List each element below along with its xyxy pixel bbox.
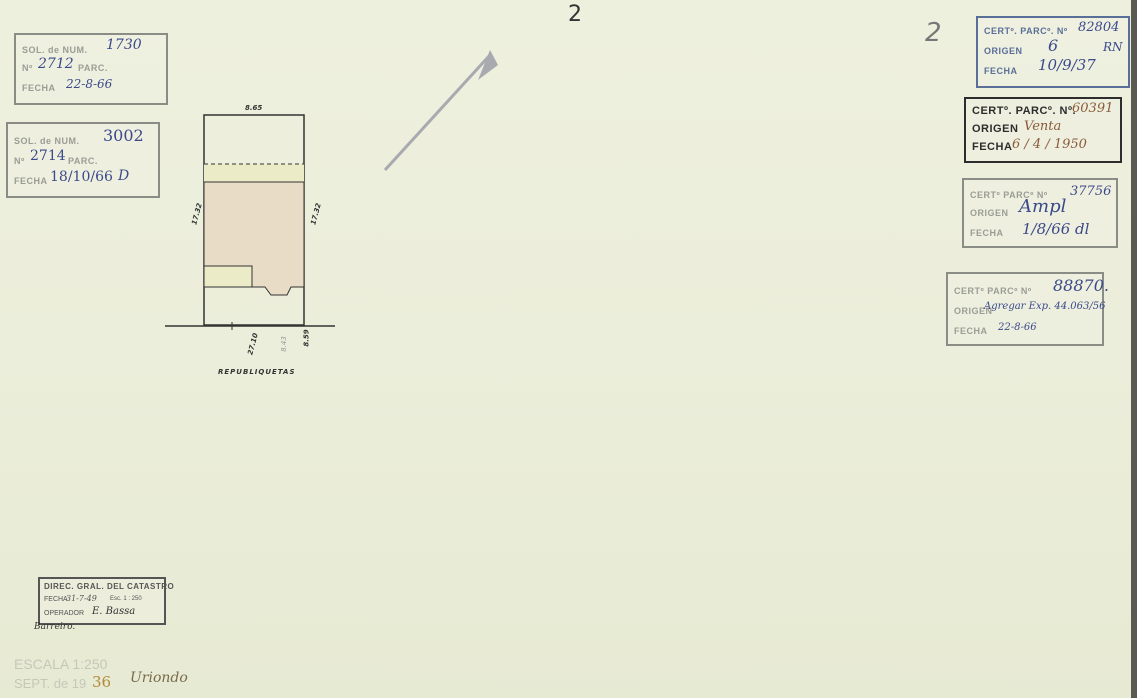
stamp-cert-parc-1: CERTº. PARCº. Nº 82804 ORIGEN 6 RN FECHA… — [976, 16, 1130, 88]
top-dimension: 8.65 — [245, 104, 262, 112]
escala-label: ESCALA 1:250 — [14, 656, 107, 672]
stamp-cert-parc-4: CERTº PARCº Nº 88870. ORIGEN Agregar Exp… — [946, 272, 1104, 346]
north-arrow-icon — [380, 45, 500, 175]
year-value: 36 — [92, 673, 111, 691]
paper-edge — [1131, 0, 1137, 698]
stamp-sol-num-1: SOL. de NUM. 1730 Nº 2712 PARC. FECHA 22… — [14, 33, 168, 105]
footer-signature: Uriondo — [130, 670, 188, 686]
stamp-catastro: DIREC. GRAL. DEL CATASTRO FECHA 31-7-49 … — [38, 577, 166, 625]
catastro-extra: Barreiro. — [34, 622, 75, 632]
sept-label: SEPT. de 19 — [14, 676, 86, 691]
front-dim-3: 8.59 — [303, 329, 311, 346]
front-dim-2: 8.43 — [280, 336, 288, 352]
street-name: REPUBLIQUETAS — [218, 368, 296, 376]
page-number-top: 2 — [568, 2, 582, 27]
stamp-sol-num-2: SOL. de NUM. 3002 Nº 2714 PARC. FECHA 18… — [6, 122, 160, 198]
stamp-cert-parc-2: CERTº. PARCº. Nº. 60391 ORIGEN Venta FEC… — [964, 97, 1122, 163]
stamp-cert-parc-3: CERTº PARCº Nº 37756 ORIGEN Ampl FECHA 1… — [962, 178, 1118, 248]
page-number-right: 2 — [925, 18, 942, 48]
